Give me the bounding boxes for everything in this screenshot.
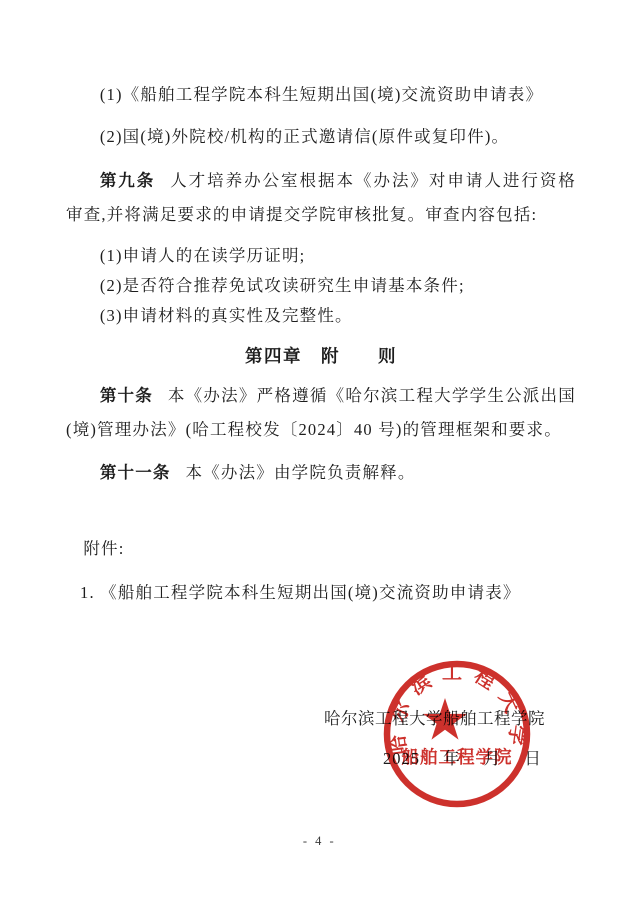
article-10-paragraph: 第十条本《办法》严格遵循《哈尔滨工程大学学生公派出国(境)管理办法》(哈工程校发… [66,379,576,447]
signature-line: 哈尔滨工程大学船舶工程学院 [0,707,639,731]
document-body: (1)《船舶工程学院本科生短期出国(境)交流资助申请表》 (2)国(境)外院校/… [66,80,576,608]
attachments-label: 附件: [83,534,576,564]
article-10-label: 第十条 [100,386,153,405]
chapter-4-heading: 第四章 附 则 [66,339,576,373]
stamp-inner-text: 船舶工程学院 [401,747,513,767]
article-9-label: 第九条 [100,171,155,190]
material-list-item-2: (2)国(境)外院校/机构的正式邀请信(原件或复印件)。 [66,122,576,152]
university-seal-stamp: 哈尔滨工程大学 船舶工程学院 [380,659,534,811]
article-11-text: 本《办法》由学院负责解释。 [185,463,415,482]
review-item-1: (1)申请人的在读学历证明; [66,241,576,271]
review-item-3: (3)申请材料的真实性及完整性。 [66,301,576,331]
stamp-arc-text: 哈尔滨工程大学 [384,662,531,757]
article-11-label: 第十一条 [100,463,171,482]
review-item-2: (2)是否符合推荐免试攻读研究生申请基本条件; [66,271,576,301]
article-9-paragraph: 第九条人才培养办公室根据本《办法》对申请人进行资格 审查,并将满足要求的申请提交… [66,164,576,232]
article-11-paragraph: 第十一条本《办法》由学院负责解释。 [66,456,576,490]
stamp-star-icon [423,698,467,740]
attachment-item-1: 1. 《船舶工程学院本科生短期出国(境)交流资助申请表》 [80,578,576,608]
page-number: - 4 - [0,834,639,849]
document-page: (1)《船舶工程学院本科生短期出国(境)交流资助申请表》 (2)国(境)外院校/… [0,0,639,903]
material-list-item-1: (1)《船舶工程学院本科生短期出国(境)交流资助申请表》 [66,80,576,110]
svg-text:哈尔滨工程大学: 哈尔滨工程大学 [384,662,531,757]
